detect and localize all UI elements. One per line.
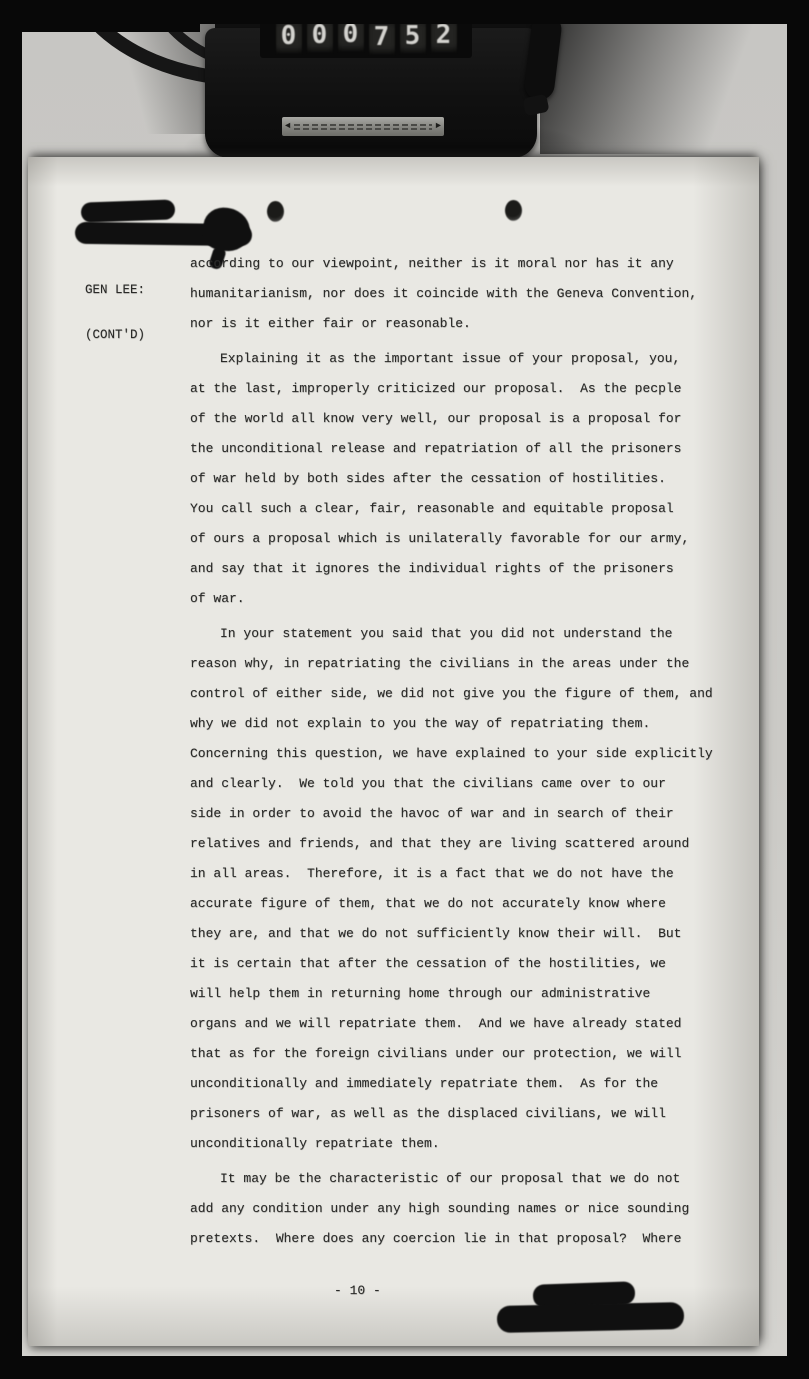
film-frame-border — [787, 0, 809, 1379]
speaker-contd: (CONT'D) — [85, 328, 145, 343]
document-page: GEN LEE: (CONT'D) according to our viewp… — [28, 157, 759, 1346]
text-line: accurate figure of them, that we do not … — [190, 889, 750, 919]
typed-text-block: according to our viewpoint, neither is i… — [190, 249, 750, 1254]
text-line: nor is it either fair or reasonable. — [190, 309, 750, 339]
text-line: It may be the characteristic of our prop… — [190, 1164, 750, 1194]
text-line: control of either side, we did not give … — [190, 679, 750, 709]
text-line: it is certain that after the cessation o… — [190, 949, 750, 979]
counter-label-plate: ◄ ► — [282, 117, 444, 136]
hole-punch-mark — [505, 200, 522, 221]
left-arrow-icon: ◄ — [285, 122, 290, 131]
text-line: organs and we will repatriate them. And … — [190, 1009, 750, 1039]
text-line: they are, and that we do not sufficientl… — [190, 919, 750, 949]
text-line: and clearly. We told you that the civili… — [190, 769, 750, 799]
text-line: at the last, improperly criticized our p… — [190, 374, 750, 404]
text-line: relatives and friends, and that they are… — [190, 829, 750, 859]
text-line: Explaining it as the important issue of … — [190, 344, 750, 374]
text-line: in all areas. Therefore, it is a fact th… — [190, 859, 750, 889]
plate-etched-text — [294, 122, 431, 132]
redaction-mark — [497, 1302, 685, 1333]
text-line: unconditionally repatriate them. — [190, 1129, 750, 1159]
text-line: pretexts. Where does any coercion lie in… — [190, 1224, 750, 1254]
text-line: will help them in returning home through… — [190, 979, 750, 1009]
speaker-name: GEN LEE: — [85, 283, 145, 298]
redaction-mark — [81, 199, 176, 222]
text-line: You call such a clear, fair, reasonable … — [190, 494, 750, 524]
text-line: the unconditional release and repatriati… — [190, 434, 750, 464]
film-frame-border — [0, 0, 22, 1379]
paragraph: according to our viewpoint, neither is i… — [190, 249, 750, 339]
text-line: prisoners of war, as well as the displac… — [190, 1099, 750, 1129]
film-frame-border — [0, 0, 809, 24]
text-line: why we did not explain to you the way of… — [190, 709, 750, 739]
hole-punch-mark — [267, 201, 284, 222]
text-line: humanitarianism, nor does it coincide wi… — [190, 279, 750, 309]
text-line: side in order to avoid the havoc of war … — [190, 799, 750, 829]
film-frame-border — [0, 1356, 809, 1379]
right-arrow-icon: ► — [436, 122, 441, 131]
text-line: In your statement you said that you did … — [190, 619, 750, 649]
paragraph: In your statement you said that you did … — [190, 619, 750, 1159]
text-line: add any condition under any high soundin… — [190, 1194, 750, 1224]
text-line: of war. — [190, 584, 750, 614]
text-line: of war held by both sides after the cess… — [190, 464, 750, 494]
text-line: Concerning this question, we have explai… — [190, 739, 750, 769]
text-line: unconditionally and immediately repatria… — [190, 1069, 750, 1099]
text-line: of the world all know very well, our pro… — [190, 404, 750, 434]
text-line: and say that it ignores the individual r… — [190, 554, 750, 584]
text-line: of ours a proposal which is unilaterally… — [190, 524, 750, 554]
text-line: that as for the foreign civilians under … — [190, 1039, 750, 1069]
paragraph: It may be the characteristic of our prop… — [190, 1164, 750, 1254]
text-line: reason why, in repatriating the civilian… — [190, 649, 750, 679]
text-line: according to our viewpoint, neither is i… — [190, 249, 750, 279]
counter-crank-knob — [522, 94, 549, 117]
counter-digit: 7 — [369, 19, 395, 55]
speaker-label: GEN LEE: (CONT'D) — [85, 253, 145, 373]
redaction-mark — [200, 205, 253, 255]
microfilm-scan: 000752 ◄ ► GEN LEE: (CONT'D) according t… — [0, 0, 809, 1379]
paragraph: Explaining it as the important issue of … — [190, 344, 750, 614]
page-number: - 10 - — [334, 1283, 381, 1299]
